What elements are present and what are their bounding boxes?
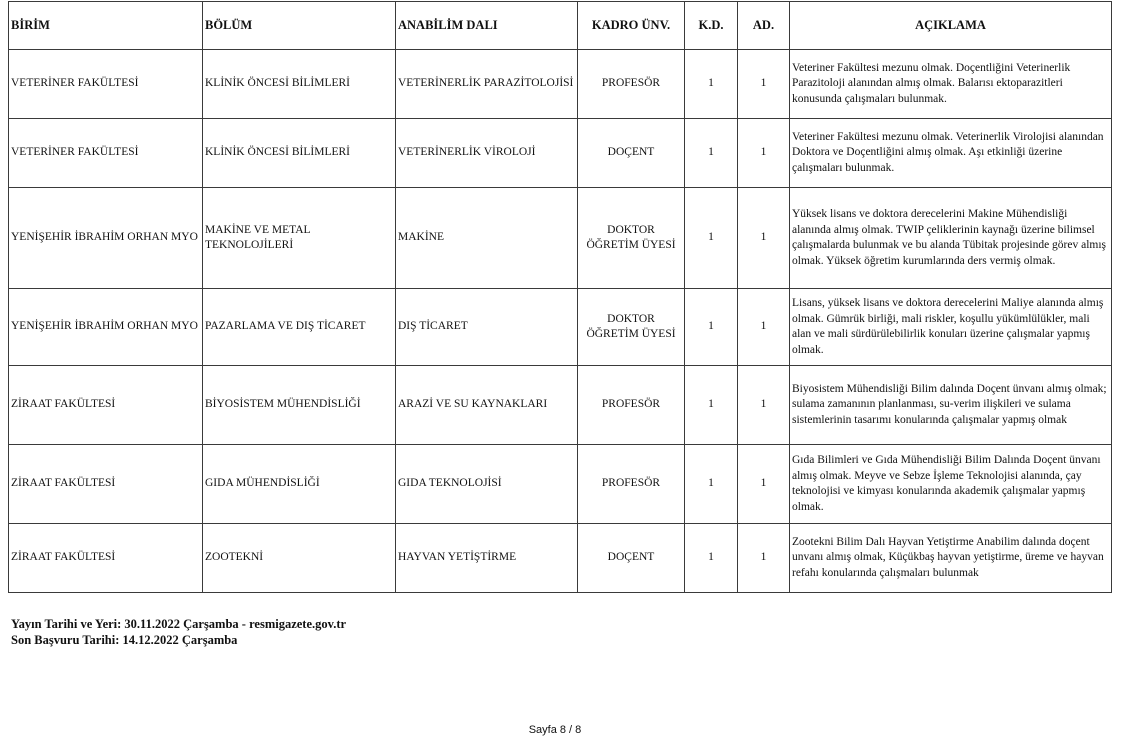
cell-kadro-derecesi: 1 [685, 50, 738, 119]
cell-birim: ZİRAAT FAKÜLTESİ [9, 445, 203, 524]
cell-kadro-derecesi: 1 [685, 445, 738, 524]
cell-adet: 1 [738, 366, 790, 445]
cell-kadro-derecesi: 1 [685, 524, 738, 593]
header-anabilim-dali: ANABİLİM DALI [396, 2, 578, 50]
table-row: ZİRAAT FAKÜLTESİ BİYOSİSTEM MÜHENDİSLİĞİ… [9, 366, 1112, 445]
cell-adet: 1 [738, 524, 790, 593]
cell-anabilim-dali: HAYVAN YETİŞTİRME [396, 524, 578, 593]
application-deadline: Son Başvuru Tarihi: 14.12.2022 Çarşamba [11, 632, 346, 648]
page-number: Sayfa 8 / 8 [0, 724, 1110, 736]
cell-bolum: BİYOSİSTEM MÜHENDİSLİĞİ [203, 366, 396, 445]
cell-bolum: GIDA MÜHENDİSLİĞİ [203, 445, 396, 524]
cell-bolum: KLİNİK ÖNCESİ BİLİMLERİ [203, 50, 396, 119]
cell-anabilim-dali: VETERİNERLİK PARAZİTOLOJİSİ [396, 50, 578, 119]
cell-birim: ZİRAAT FAKÜLTESİ [9, 366, 203, 445]
cell-aciklama: Yüksek lisans ve doktora derecelerini Ma… [790, 188, 1112, 289]
cell-anabilim-dali: MAKİNE [396, 188, 578, 289]
table-row: YENİŞEHİR İBRAHİM ORHAN MYO MAKİNE VE ME… [9, 188, 1112, 289]
cell-birim: YENİŞEHİR İBRAHİM ORHAN MYO [9, 188, 203, 289]
table-row: VETERİNER FAKÜLTESİ KLİNİK ÖNCESİ BİLİML… [9, 119, 1112, 188]
cell-bolum: PAZARLAMA VE DIŞ TİCARET [203, 289, 396, 366]
cell-kadro-derecesi: 1 [685, 289, 738, 366]
staff-positions-table: BİRİM BÖLÜM ANABİLİM DALI KADRO ÜNV. K.D… [8, 1, 1112, 593]
cell-kadro-derecesi: 1 [685, 119, 738, 188]
cell-adet: 1 [738, 289, 790, 366]
cell-anabilim-dali: ARAZİ VE SU KAYNAKLARI [396, 366, 578, 445]
cell-adet: 1 [738, 119, 790, 188]
table-row: VETERİNER FAKÜLTESİ KLİNİK ÖNCESİ BİLİML… [9, 50, 1112, 119]
cell-aciklama: Biyosistem Mühendisliği Bilim dalında Do… [790, 366, 1112, 445]
table-header-row: BİRİM BÖLÜM ANABİLİM DALI KADRO ÜNV. K.D… [9, 2, 1112, 50]
header-bolum: BÖLÜM [203, 2, 396, 50]
cell-kadro-unvani: PROFESÖR [578, 50, 685, 119]
header-birim: BİRİM [9, 2, 203, 50]
header-aciklama: AÇIKLAMA [790, 2, 1112, 50]
cell-kadro-unvani: DOÇENT [578, 524, 685, 593]
cell-kadro-unvani: PROFESÖR [578, 445, 685, 524]
cell-birim: YENİŞEHİR İBRAHİM ORHAN MYO [9, 289, 203, 366]
cell-anabilim-dali: VETERİNERLİK VİROLOJİ [396, 119, 578, 188]
cell-kadro-unvani: DOKTOR ÖĞRETİM ÜYESİ [578, 188, 685, 289]
publication-info: Yayın Tarihi ve Yeri: 30.11.2022 Çarşamb… [11, 616, 346, 632]
header-adet: AD. [738, 2, 790, 50]
cell-anabilim-dali: DIŞ TİCARET [396, 289, 578, 366]
cell-birim: VETERİNER FAKÜLTESİ [9, 119, 203, 188]
cell-aciklama: Veteriner Fakültesi mezunu olmak. Veteri… [790, 119, 1112, 188]
cell-anabilim-dali: GIDA TEKNOLOJİSİ [396, 445, 578, 524]
cell-aciklama: Gıda Bilimleri ve Gıda Mühendisliği Bili… [790, 445, 1112, 524]
cell-aciklama: Lisans, yüksek lisans ve doktora derecel… [790, 289, 1112, 366]
cell-kadro-unvani: DOKTOR ÖĞRETİM ÜYESİ [578, 289, 685, 366]
cell-kadro-derecesi: 1 [685, 366, 738, 445]
cell-bolum: MAKİNE VE METAL TEKNOLOJİLERİ [203, 188, 396, 289]
header-kadro-derecesi: K.D. [685, 2, 738, 50]
cell-kadro-unvani: DOÇENT [578, 119, 685, 188]
footer-notes: Yayın Tarihi ve Yeri: 30.11.2022 Çarşamb… [11, 616, 346, 648]
header-kadro-unvani: KADRO ÜNV. [578, 2, 685, 50]
cell-aciklama: Zootekni Bilim Dalı Hayvan Yetiştirme An… [790, 524, 1112, 593]
cell-birim: ZİRAAT FAKÜLTESİ [9, 524, 203, 593]
cell-bolum: KLİNİK ÖNCESİ BİLİMLERİ [203, 119, 396, 188]
table-row: ZİRAAT FAKÜLTESİ ZOOTEKNİ HAYVAN YETİŞTİ… [9, 524, 1112, 593]
table-row: YENİŞEHİR İBRAHİM ORHAN MYO PAZARLAMA VE… [9, 289, 1112, 366]
cell-adet: 1 [738, 50, 790, 119]
cell-bolum: ZOOTEKNİ [203, 524, 396, 593]
cell-aciklama: Veteriner Fakültesi mezunu olmak. Doçent… [790, 50, 1112, 119]
cell-adet: 1 [738, 188, 790, 289]
table-row: ZİRAAT FAKÜLTESİ GIDA MÜHENDİSLİĞİ GIDA … [9, 445, 1112, 524]
cell-birim: VETERİNER FAKÜLTESİ [9, 50, 203, 119]
cell-kadro-unvani: PROFESÖR [578, 366, 685, 445]
cell-adet: 1 [738, 445, 790, 524]
cell-kadro-derecesi: 1 [685, 188, 738, 289]
